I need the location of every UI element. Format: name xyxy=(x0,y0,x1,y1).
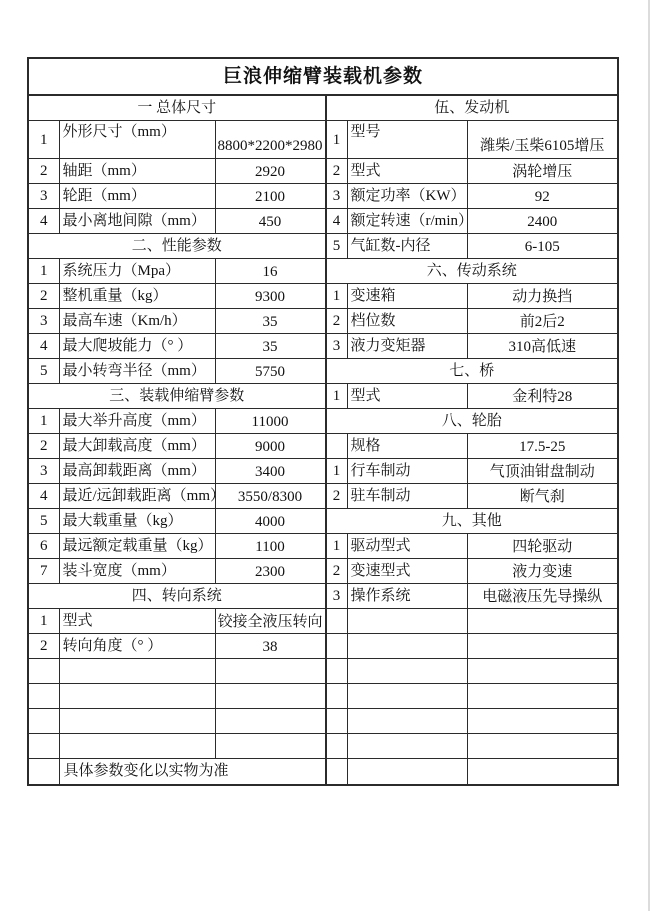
param-value-cell: 2100 xyxy=(215,184,325,209)
param-value-cell xyxy=(467,609,617,634)
left-spec-table: 一 总体尺寸 1 外形尺寸（mm） 8800*2200*2980 2 轴距（mm… xyxy=(29,95,326,784)
spec-row: 2 最大卸载高度（mm） 9000 xyxy=(29,434,325,459)
param-value-cell: 38 xyxy=(215,634,325,659)
param-label-cell: 轮距（mm） xyxy=(59,184,215,209)
section-header-row: 一 总体尺寸 xyxy=(29,96,325,121)
param-value-cell xyxy=(215,659,325,684)
param-label-cell: 液力变矩器 xyxy=(347,334,467,359)
row-number-cell: 2 xyxy=(29,159,59,184)
spec-row: 3 操作系统 电磁液压先导操纵 xyxy=(326,584,617,609)
section-header-row: 三、装载伸缩臂参数 xyxy=(29,384,325,409)
param-label-cell: 最大载重量（kg） xyxy=(59,509,215,534)
param-label-cell: 气缸数-内径 xyxy=(347,234,467,259)
row-number-cell xyxy=(326,734,347,759)
param-value-cell: 四轮驱动 xyxy=(467,534,617,559)
param-label-cell: 驱动型式 xyxy=(347,534,467,559)
section-header-cell: 六、传动系统 xyxy=(326,259,617,284)
spec-row: 3 额定功率（KW） 92 xyxy=(326,184,617,209)
param-label-cell: 最小离地间隙（mm） xyxy=(59,209,215,234)
section-header-cell: 伍、发动机 xyxy=(326,96,617,121)
param-value-cell xyxy=(467,734,617,759)
spec-row: 1 外形尺寸（mm） 8800*2200*2980 xyxy=(29,121,325,159)
param-value-cell: 气顶油钳盘制动 xyxy=(467,459,617,484)
param-value-cell xyxy=(215,684,325,709)
param-value-cell: 2400 xyxy=(467,209,617,234)
param-value-cell: 450 xyxy=(215,209,325,234)
row-number-cell: 5 xyxy=(29,359,59,384)
param-label-cell xyxy=(347,684,467,709)
row-number-cell xyxy=(29,684,59,709)
spec-row: 3 液力变矩器 310高低速 xyxy=(326,334,617,359)
spec-row: 3 最高车速（Km/h） 35 xyxy=(29,309,325,334)
row-number-cell: 3 xyxy=(326,334,347,359)
param-label-cell: 规格 xyxy=(347,434,467,459)
row-number-cell: 2 xyxy=(326,484,347,509)
param-label-cell xyxy=(347,759,467,784)
section-header-row: 二、性能参数 xyxy=(29,234,325,259)
param-value-cell: 前2后2 xyxy=(467,309,617,334)
param-label-cell: 最小转弯半径（mm） xyxy=(59,359,215,384)
param-value-cell: 金利特28 xyxy=(467,384,617,409)
spec-row: 规格 17.5-25 xyxy=(326,434,617,459)
row-number-cell xyxy=(326,759,347,784)
spec-row xyxy=(29,684,325,709)
section-header-row: 四、转向系统 xyxy=(29,584,325,609)
row-number-cell xyxy=(29,734,59,759)
section-header-cell: 九、其他 xyxy=(326,509,617,534)
param-value-cell xyxy=(467,659,617,684)
row-number-cell: 2 xyxy=(326,159,347,184)
param-label-cell: 轴距（mm） xyxy=(59,159,215,184)
spec-row xyxy=(326,684,617,709)
spec-row: 3 最高卸载距离（mm） 3400 xyxy=(29,459,325,484)
param-label-cell: 最大爬坡能力（° ） xyxy=(59,334,215,359)
param-label-cell xyxy=(59,659,215,684)
row-number-cell: 1 xyxy=(326,121,347,159)
param-value-cell: 9300 xyxy=(215,284,325,309)
spec-row: 1 型号 潍柴/玉柴6105增压 xyxy=(326,121,617,159)
param-value-cell: 8800*2200*2980 xyxy=(215,121,325,159)
param-label-cell: 转向角度（° ） xyxy=(59,634,215,659)
param-value-cell: 电磁液压先导操纵 xyxy=(467,584,617,609)
param-label-cell xyxy=(347,734,467,759)
param-label-cell: 额定转速（r/min） xyxy=(347,209,467,234)
row-number-cell: 4 xyxy=(29,334,59,359)
param-value-cell: 4000 xyxy=(215,509,325,534)
row-number-cell: 1 xyxy=(326,534,347,559)
spec-row xyxy=(326,609,617,634)
table-columns: 一 总体尺寸 1 外形尺寸（mm） 8800*2200*2980 2 轴距（mm… xyxy=(29,95,617,784)
param-label-cell: 型式 xyxy=(347,384,467,409)
left-spec-rows: 一 总体尺寸 1 外形尺寸（mm） 8800*2200*2980 2 轴距（mm… xyxy=(29,96,325,784)
spec-row: 1 变速箱 动力换挡 xyxy=(326,284,617,309)
spec-row xyxy=(326,634,617,659)
param-label-cell: 最近/远卸载距离（mm） xyxy=(59,484,215,509)
param-value-cell: 1100 xyxy=(215,534,325,559)
param-label-cell: 整机重量（kg） xyxy=(59,284,215,309)
row-number-cell: 5 xyxy=(326,234,347,259)
spec-row: 2 型式 涡轮增压 xyxy=(326,159,617,184)
param-label-cell: 变速型式 xyxy=(347,559,467,584)
row-number-cell: 4 xyxy=(326,209,347,234)
param-label-cell xyxy=(59,709,215,734)
table-title: 巨浪伸缩臂装载机参数 xyxy=(29,59,617,95)
spec-row xyxy=(326,659,617,684)
row-number-cell: 2 xyxy=(29,634,59,659)
row-number-cell: 2 xyxy=(326,309,347,334)
param-value-cell: 35 xyxy=(215,309,325,334)
section-header-cell: 一 总体尺寸 xyxy=(29,96,325,121)
row-number-cell: 3 xyxy=(326,584,347,609)
param-label-cell: 最高卸载距离（mm） xyxy=(59,459,215,484)
param-label-cell: 最远额定载重量（kg） xyxy=(59,534,215,559)
spec-row: 3 轮距（mm） 2100 xyxy=(29,184,325,209)
row-number-cell: 2 xyxy=(326,559,347,584)
spec-row: 2 档位数 前2后2 xyxy=(326,309,617,334)
spec-row: 4 最大爬坡能力（° ） 35 xyxy=(29,334,325,359)
page: { "title": "巨浪伸缩臂装载机参数", "colors": { "bo… xyxy=(0,0,651,911)
param-label-cell xyxy=(347,709,467,734)
param-value-cell xyxy=(467,684,617,709)
param-label-cell: 最大举升高度（mm） xyxy=(59,409,215,434)
spec-table: 巨浪伸缩臂装载机参数 一 总体尺寸 1 外形尺寸（mm） 8800*2200*2… xyxy=(27,57,619,786)
spec-row xyxy=(326,759,617,784)
section-header-row: 七、桥 xyxy=(326,359,617,384)
param-value-cell: 16 xyxy=(215,259,325,284)
param-label-cell: 外形尺寸（mm） xyxy=(59,121,215,159)
param-value-cell xyxy=(467,759,617,784)
param-value-cell: 液力变速 xyxy=(467,559,617,584)
row-number-cell: 1 xyxy=(326,284,347,309)
row-number-cell: 2 xyxy=(29,434,59,459)
section-header-cell: 八、轮胎 xyxy=(326,409,617,434)
spec-row: 2 轴距（mm） 2920 xyxy=(29,159,325,184)
row-number-cell: 3 xyxy=(29,459,59,484)
param-value-cell: 35 xyxy=(215,334,325,359)
spec-row: 2 整机重量（kg） 9300 xyxy=(29,284,325,309)
spec-row: 4 最近/远卸载距离（mm） 3550/8300 xyxy=(29,484,325,509)
footer-note-row: 具体参数变化以实物为准 xyxy=(29,759,325,784)
section-header-row: 伍、发动机 xyxy=(326,96,617,121)
param-label-cell: 型号 xyxy=(347,121,467,159)
param-label-cell: 行车制动 xyxy=(347,459,467,484)
spec-row: 2 变速型式 液力变速 xyxy=(326,559,617,584)
row-number-cell xyxy=(29,709,59,734)
param-value-cell: 11000 xyxy=(215,409,325,434)
section-header-cell: 二、性能参数 xyxy=(29,234,325,259)
row-number-cell: 1 xyxy=(29,609,59,634)
param-value-cell: 17.5-25 xyxy=(467,434,617,459)
spec-row: 6 最远额定载重量（kg） 1100 xyxy=(29,534,325,559)
param-label-cell: 档位数 xyxy=(347,309,467,334)
param-value-cell: 断气刹 xyxy=(467,484,617,509)
param-value-cell: 310高低速 xyxy=(467,334,617,359)
row-number-cell xyxy=(29,659,59,684)
param-value-cell: 动力换挡 xyxy=(467,284,617,309)
spec-row xyxy=(29,709,325,734)
row-number-cell xyxy=(326,434,347,459)
spec-row: 1 型式 铰接全液压转向 xyxy=(29,609,325,634)
param-value-cell xyxy=(215,709,325,734)
row-number-cell: 1 xyxy=(29,121,59,159)
spec-row: 1 系统压力（Mpa） 16 xyxy=(29,259,325,284)
row-number-cell: 1 xyxy=(326,459,347,484)
section-header-cell: 七、桥 xyxy=(326,359,617,384)
row-number-cell: 3 xyxy=(29,309,59,334)
spec-row xyxy=(29,734,325,759)
spec-row: 4 额定转速（r/min） 2400 xyxy=(326,209,617,234)
row-number-cell: 1 xyxy=(326,384,347,409)
spec-row: 5 最大载重量（kg） 4000 xyxy=(29,509,325,534)
spec-row: 4 最小离地间隙（mm） 450 xyxy=(29,209,325,234)
spec-row xyxy=(326,734,617,759)
row-number-cell: 1 xyxy=(29,259,59,284)
param-label-cell: 额定功率（KW） xyxy=(347,184,467,209)
row-number-cell: 4 xyxy=(29,209,59,234)
param-value-cell: 潍柴/玉柴6105增压 xyxy=(467,121,617,159)
spec-row: 1 最大举升高度（mm） 11000 xyxy=(29,409,325,434)
param-value-cell: 6-105 xyxy=(467,234,617,259)
param-label-cell: 型式 xyxy=(59,609,215,634)
row-number-cell: 3 xyxy=(326,184,347,209)
row-number-cell xyxy=(326,659,347,684)
section-header-cell: 四、转向系统 xyxy=(29,584,325,609)
param-label-cell xyxy=(347,659,467,684)
row-number-cell xyxy=(326,709,347,734)
param-label-cell: 最高车速（Km/h） xyxy=(59,309,215,334)
param-value-cell xyxy=(467,709,617,734)
row-number-cell xyxy=(326,684,347,709)
row-number-cell xyxy=(326,634,347,659)
spec-row xyxy=(326,709,617,734)
right-spec-rows: 伍、发动机 1 型号 潍柴/玉柴6105增压 2 型式 涡轮增压 xyxy=(326,96,617,784)
spec-row: 5 气缸数-内径 6-105 xyxy=(326,234,617,259)
row-number-cell: 4 xyxy=(29,484,59,509)
row-number-cell xyxy=(29,759,59,784)
param-value-cell: 2300 xyxy=(215,559,325,584)
section-header-row: 八、轮胎 xyxy=(326,409,617,434)
param-value-cell: 2920 xyxy=(215,159,325,184)
param-value-cell: 涡轮增压 xyxy=(467,159,617,184)
param-value-cell: 92 xyxy=(467,184,617,209)
param-value-cell xyxy=(467,634,617,659)
param-label-cell: 变速箱 xyxy=(347,284,467,309)
right-spec-table: 伍、发动机 1 型号 潍柴/玉柴6105增压 2 型式 涡轮增压 xyxy=(326,95,618,784)
spec-row: 2 转向角度（° ） 38 xyxy=(29,634,325,659)
footer-note-cell: 具体参数变化以实物为准 xyxy=(59,759,325,784)
section-header-cell: 三、装载伸缩臂参数 xyxy=(29,384,325,409)
row-number-cell xyxy=(326,609,347,634)
param-value-cell: 铰接全液压转向 xyxy=(215,609,325,634)
param-label-cell: 装斗宽度（mm） xyxy=(59,559,215,584)
spec-row: 2 驻车制动 断气刹 xyxy=(326,484,617,509)
page-edge-shadow xyxy=(648,0,650,911)
param-value-cell xyxy=(215,734,325,759)
spec-row: 1 驱动型式 四轮驱动 xyxy=(326,534,617,559)
param-label-cell: 最大卸载高度（mm） xyxy=(59,434,215,459)
param-label-cell: 型式 xyxy=(347,159,467,184)
row-number-cell: 7 xyxy=(29,559,59,584)
row-number-cell: 1 xyxy=(29,409,59,434)
row-number-cell: 2 xyxy=(29,284,59,309)
spec-row: 5 最小转弯半径（mm） 5750 xyxy=(29,359,325,384)
param-label-cell: 驻车制动 xyxy=(347,484,467,509)
param-value-cell: 9000 xyxy=(215,434,325,459)
spec-row: 1 型式 金利特28 xyxy=(326,384,617,409)
section-header-row: 六、传动系统 xyxy=(326,259,617,284)
row-number-cell: 6 xyxy=(29,534,59,559)
param-label-cell xyxy=(59,684,215,709)
param-label-cell xyxy=(59,734,215,759)
param-value-cell: 5750 xyxy=(215,359,325,384)
param-label-cell: 操作系统 xyxy=(347,584,467,609)
param-value-cell: 3400 xyxy=(215,459,325,484)
row-number-cell: 5 xyxy=(29,509,59,534)
spec-row xyxy=(29,659,325,684)
section-header-row: 九、其他 xyxy=(326,509,617,534)
spec-row: 1 行车制动 气顶油钳盘制动 xyxy=(326,459,617,484)
param-label-cell xyxy=(347,634,467,659)
row-number-cell: 3 xyxy=(29,184,59,209)
param-label-cell xyxy=(347,609,467,634)
param-value-cell: 3550/8300 xyxy=(215,484,325,509)
spec-row: 7 装斗宽度（mm） 2300 xyxy=(29,559,325,584)
param-label-cell: 系统压力（Mpa） xyxy=(59,259,215,284)
